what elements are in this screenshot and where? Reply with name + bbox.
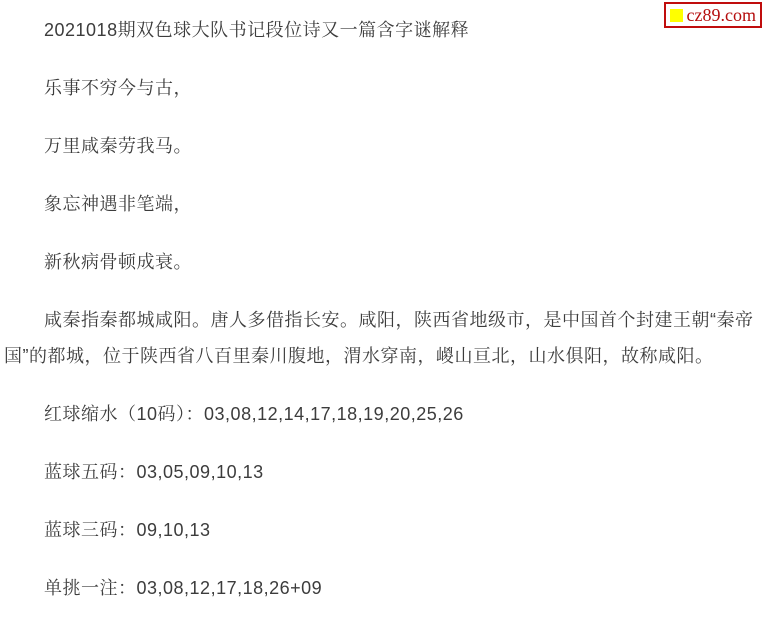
article-title: 2021018期双色球大队书记段位诗又一篇含字谜解释 <box>4 12 756 48</box>
cz89-logo-badge: cz89.com <box>664 2 762 28</box>
prediction-numbers: 03,08,12,14,17,18,19,20,25,26 <box>204 404 464 424</box>
prediction-numbers: 03,08,12,17,18,26+09 <box>137 578 323 598</box>
article-body: 2021018期双色球大队书记段位诗又一篇含字谜解释 乐事不穷今与古， 万里咸秦… <box>0 0 764 606</box>
prediction-label: 蓝球五码： <box>44 462 137 482</box>
prediction-label: 红球缩水（10码）： <box>44 404 204 424</box>
prediction-numbers: 09,10,13 <box>137 520 211 540</box>
prediction-red-shrink: 红球缩水（10码）：03,08,12,14,17,18,19,20,25,26 <box>4 396 756 432</box>
prediction-blue-three: 蓝球三码：09,10,13 <box>4 512 756 548</box>
explanation-paragraph: 咸秦指秦都城咸阳。唐人多借指长安。咸阳，陕西省地级市，是中国首个封建王朝“秦帝国… <box>4 302 756 374</box>
prediction-label: 单挑一注： <box>44 578 137 598</box>
poem-line-3: 象忘神遇非笔端， <box>4 186 756 222</box>
poem-line-4: 新秋病骨顿成衰。 <box>4 244 756 280</box>
poem-line-2: 万里咸秦劳我马。 <box>4 128 756 164</box>
prediction-label: 蓝球三码： <box>44 520 137 540</box>
prediction-numbers: 03,05,09,10,13 <box>137 462 264 482</box>
poem-line-1: 乐事不穷今与古， <box>4 70 756 106</box>
logo-square-icon <box>670 9 683 22</box>
article-page: cz89.com 2021018期双色球大队书记段位诗又一篇含字谜解释 乐事不穷… <box>0 0 764 629</box>
logo-text: cz89.com <box>687 6 756 24</box>
prediction-single-pick: 单挑一注：03,08,12,17,18,26+09 <box>4 570 756 606</box>
prediction-blue-five: 蓝球五码：03,05,09,10,13 <box>4 454 756 490</box>
